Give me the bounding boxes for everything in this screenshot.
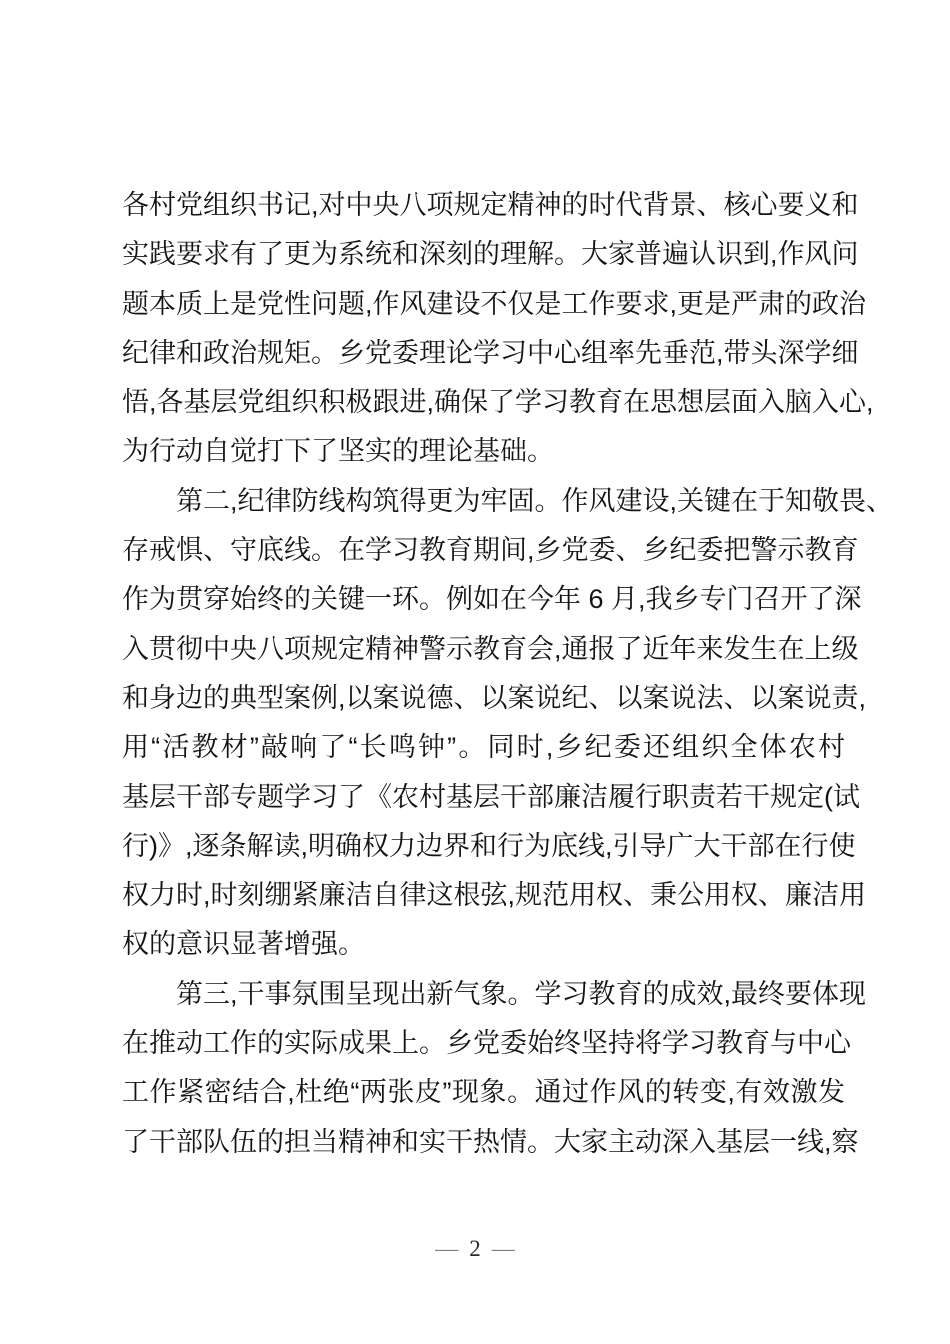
text-line: 入贯彻中央八项规定精神警示教育会,通报了近年来发生在上级	[122, 625, 845, 674]
text-line: 权的意识显著增强。	[122, 920, 845, 969]
document-body: 各村党组织书记,对中央八项规定精神的时代背景、核心要义和 实践要求有了更为系统和…	[122, 181, 845, 1167]
document-page: 各村党组织书记,对中央八项规定精神的时代背景、核心要义和 实践要求有了更为系统和…	[0, 0, 950, 1344]
text-line: 第三,干事氛围呈现出新气象。学习教育的成效,最终要体现	[122, 970, 845, 1019]
page-number: 2	[469, 1236, 481, 1262]
text-line: 和身边的典型案例,以案说德、以案说纪、以案说法、以案说责,	[122, 674, 845, 723]
page-footer: —2—	[0, 1236, 950, 1262]
text-line: 存戒惧、守底线。在学习教育期间,乡党委、乡纪委把警示教育	[122, 526, 845, 575]
text-line: 工作紧密结合,杜绝“两张皮”现象。通过作风的转变,有效激发	[122, 1068, 845, 1117]
text-line: 为行动自觉打下了坚实的理论基础。	[122, 427, 845, 476]
text-line: 各村党组织书记,对中央八项规定精神的时代背景、核心要义和	[122, 181, 845, 230]
text-line: 题本质上是党性问题,作风建设不仅是工作要求,更是严肃的政治	[122, 280, 845, 329]
text-line: 了干部队伍的担当精神和实干热情。大家主动深入基层一线,察	[122, 1118, 845, 1167]
text-line: 行)》,逐条解读,明确权力边界和行为底线,引导广大干部在行使	[122, 822, 845, 871]
footer-left-dash: —	[435, 1236, 458, 1261]
text-line: 用“活教材”敲响了“长鸣钟”。同时,乡纪委还组织全体农村	[122, 723, 845, 772]
footer-right-dash: —	[492, 1236, 515, 1261]
text-line: 实践要求有了更为系统和深刻的理解。大家普遍认识到,作风问	[122, 230, 845, 279]
text-line: 第二,纪律防线构筑得更为牢固。作风建设,关键在于知敬畏、	[122, 477, 845, 526]
text-line: 悟,各基层党组织积极跟进,确保了学习教育在思想层面入脑入心,	[122, 378, 845, 427]
text-line: 纪律和政治规矩。乡党委理论学习中心组率先垂范,带头深学细	[122, 329, 845, 378]
text-line: 基层干部专题学习了《农村基层干部廉洁履行职责若干规定(试	[122, 773, 845, 822]
text-line: 在推动工作的实际成果上。乡党委始终坚持将学习教育与中心	[122, 1019, 845, 1068]
text-line: 作为贯穿始终的关键一环。例如在今年 6 月,我乡专门召开了深	[122, 575, 845, 624]
text-line: 权力时,时刻绷紧廉洁自律这根弦,规范用权、秉公用权、廉洁用	[122, 871, 845, 920]
